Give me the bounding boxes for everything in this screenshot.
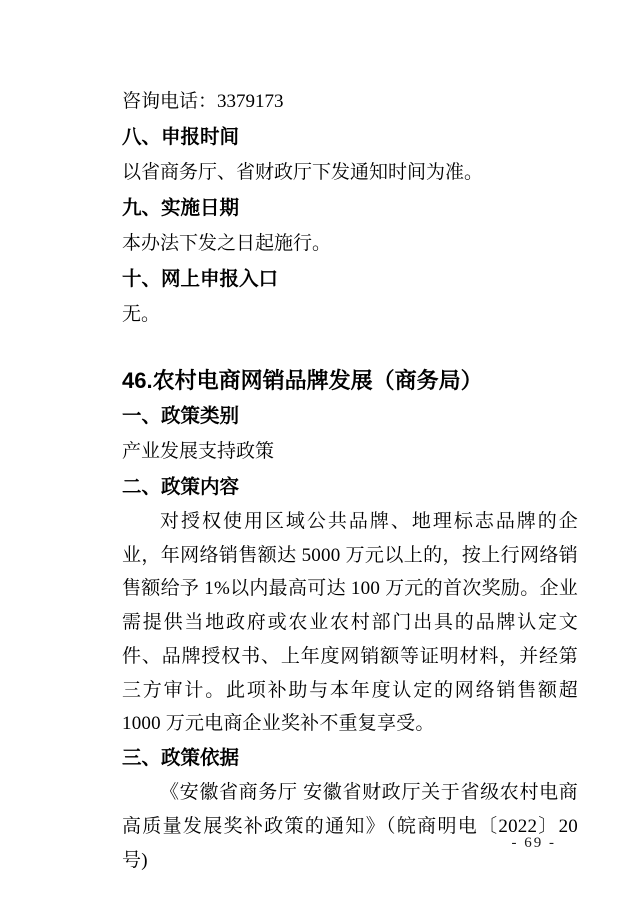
doc-heading: 二、政策内容 [122,470,578,506]
doc-heading: 三、政策依据 [122,741,578,777]
doc-body-line: 产业发展支持政策 [122,434,578,470]
doc-heading: 一、政策类别 [122,399,578,435]
doc-section-title: 46.农村电商网销品牌发展（商务局） [122,362,578,399]
doc-heading: 十、网上申报入口 [122,262,578,298]
doc-heading: 九、实施日期 [122,191,578,227]
doc-body-line: 咨询电话：3379173 [122,84,578,120]
doc-paragraph: 对授权使用区域公共品牌、地理标志品牌的企业，年网络销售额达 5000 万元以上的… [122,505,578,741]
document-page: 咨询电话：3379173八、申报时间以省商务厅、省财政厅下发通知时间为准。九、实… [0,0,642,907]
page-footer: - 69 - [0,834,642,852]
doc-heading: 八、申报时间 [122,120,578,156]
document-content: 咨询电话：3379173八、申报时间以省商务厅、省财政厅下发通知时间为准。九、实… [122,84,578,878]
page-number: - 69 - [512,835,557,851]
doc-paragraph: 《安徽省商务厅 安徽省财政厅关于省级农村电商高质量发展奖补政策的通知》（皖商明电… [122,776,578,877]
doc-body-line: 无。 [122,297,578,333]
doc-body-line: 以省商务厅、省财政厅下发通知时间为准。 [122,155,578,191]
doc-body-line: 本办法下发之日起施行。 [122,226,578,262]
